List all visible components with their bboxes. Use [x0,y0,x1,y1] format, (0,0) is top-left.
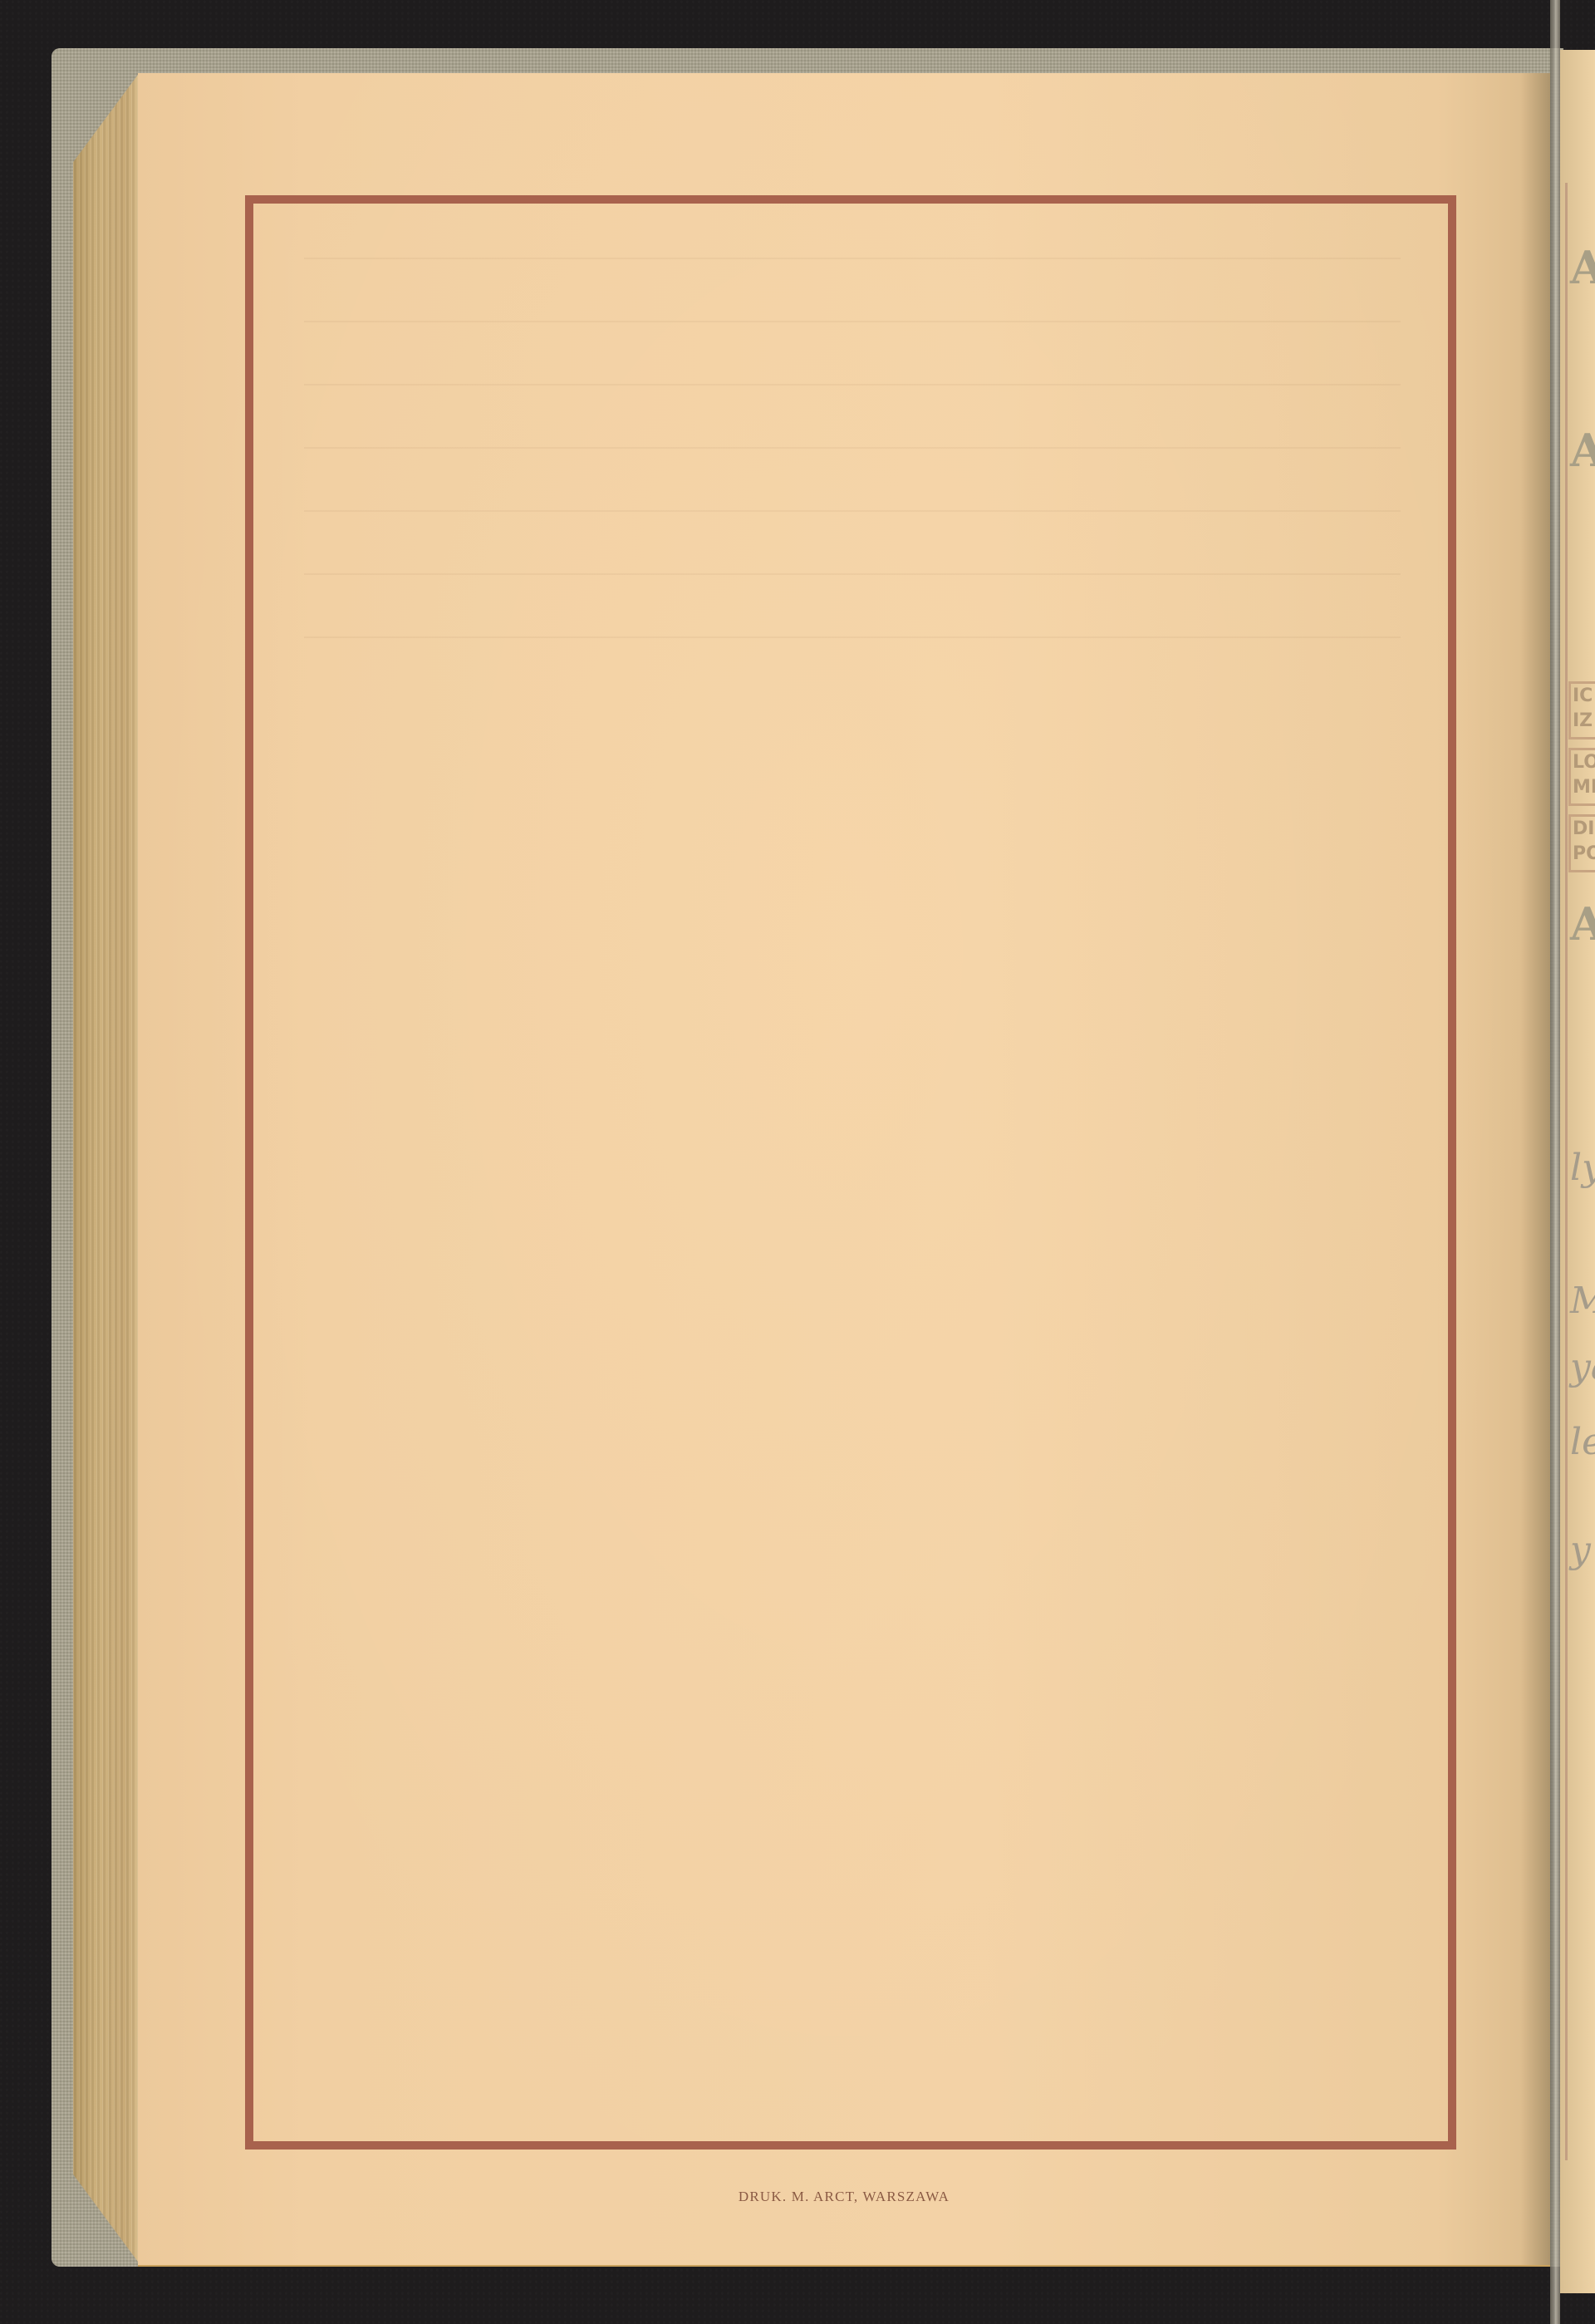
handwriting-fragment: le [1570,1421,1595,1463]
handwriting-fragment: Mi [1570,1280,1595,1322]
decorative-border-frame [245,195,1456,2150]
handwriting-fragment: ly [1570,1147,1595,1189]
printer-imprint: DRUK. M. ARCT, WARSZAWA [138,2189,1550,2205]
handwriting-fragment: y [1570,1529,1591,1571]
ornamental-letter: A [1570,424,1595,477]
handwriting-fragment: ya [1570,1346,1595,1388]
gutter-shadow [1520,73,1550,2265]
adjacent-box-1: IC IZ [1568,681,1595,739]
ornamental-letter: A [1570,897,1595,951]
page-edges [73,75,138,2262]
ornamental-letter: A [1570,241,1595,294]
adjacent-box-3: DI PO [1568,814,1595,872]
book-gutter [1550,0,1560,2324]
adjacent-page: A A IC IZ LO MI DI PO A ly Mi ya le y [1560,50,1595,2293]
book-page: DRUK. M. ARCT, WARSZAWA [138,73,1550,2267]
adjacent-box-2: LO MI [1568,748,1595,806]
